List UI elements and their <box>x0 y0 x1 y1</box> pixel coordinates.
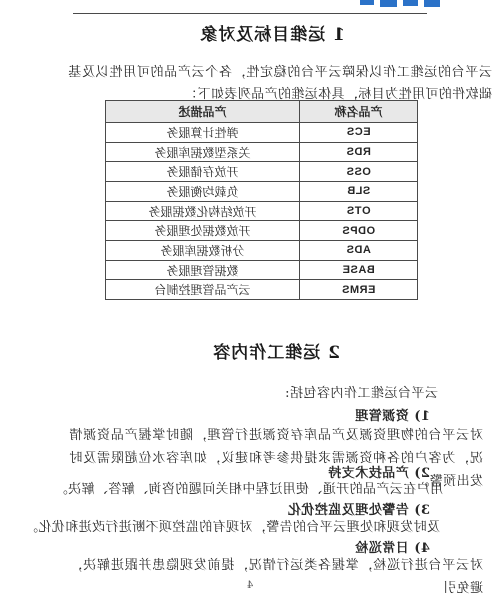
product-desc-cell: 开放结构化数据服务 <box>106 202 299 221</box>
product-desc-cell: 分析数据库服务 <box>106 241 299 260</box>
item1-label: 1) 资源管理 <box>355 405 430 424</box>
table-row: BASE 数据管理服务 <box>106 260 417 280</box>
item2-body: 用户在云产品的开通、使用过程中相关问题的咨询、解答、解决。 <box>43 478 443 501</box>
product-desc-cell: 云产品管理控制台 <box>106 280 299 299</box>
item3-body: 及时发现和处理云平台的告警，对现有的监控项不断进行改进和优化。 <box>40 516 440 539</box>
section2-lead: 云平台运维工作内容包括: <box>285 382 438 401</box>
product-name-cell: OTS <box>299 202 417 221</box>
product-desc-cell: 弹性计算服务 <box>106 123 299 142</box>
section2-heading: 2 运维工作内容 <box>212 338 340 363</box>
product-name-cell: ECS <box>299 123 417 142</box>
product-desc-cell: 开放存储服务 <box>106 162 299 181</box>
product-desc-cell: 开放数据处理服务 <box>106 221 299 240</box>
brand-logo-icon <box>352 0 440 8</box>
item4-body: 对云平台进行巡检，掌握各类运行情况，提前发现隐患并跟进解决，避免引 <box>69 554 483 600</box>
table-row: RDS 关系型数据库服务 <box>106 142 417 162</box>
product-desc-cell: 关系型数据库服务 <box>106 143 299 162</box>
section1-heading: 1 运维目标及对象 <box>199 20 345 45</box>
table-row: ODPS 开放数据处理服务 <box>106 220 417 240</box>
product-name-cell: ADS <box>299 241 417 260</box>
table-row: OTS 开放结构化数据服务 <box>106 201 417 221</box>
product-desc-cell: 负载均衡服务 <box>106 182 299 201</box>
table-row: SLB 负载均衡服务 <box>106 181 417 201</box>
page-number: 4 <box>0 580 500 591</box>
header-product-desc: 产品描述 <box>106 101 299 122</box>
logo-glyph-block <box>424 0 440 7</box>
products-table: 产品名称 产品描述 ECS 弹性计算服务 RDS 关系型数据库服务 OSS 开放… <box>105 100 418 300</box>
table-row: ECS 弹性计算服务 <box>106 122 417 142</box>
product-name-cell: OSS <box>299 162 417 181</box>
table-row: ADS 分析数据库服务 <box>106 240 417 260</box>
document-page: 1 运维目标及对象 云平台的运维工作以保障云平台的稳定性，各个云产品的可用性以及… <box>0 0 500 600</box>
product-name-cell: SLB <box>299 182 417 201</box>
table-row: OSS 开放存储服务 <box>106 161 417 181</box>
header-product-name: 产品名称 <box>299 101 417 122</box>
product-name-cell: RDS <box>299 143 417 162</box>
logo-glyph-block <box>403 0 418 6</box>
product-name-cell: ODPS <box>299 221 417 240</box>
table-header-row: 产品名称 产品描述 <box>106 101 417 122</box>
header-rule <box>73 13 427 14</box>
logo-glyph-block <box>360 0 374 5</box>
product-name-cell: BASE <box>299 261 417 280</box>
product-name-cell: ERMS <box>299 280 417 299</box>
product-desc-cell: 数据管理服务 <box>106 261 299 280</box>
table-row: ERMS 云产品管理控制台 <box>106 279 417 299</box>
logo-glyph-block <box>380 0 397 7</box>
